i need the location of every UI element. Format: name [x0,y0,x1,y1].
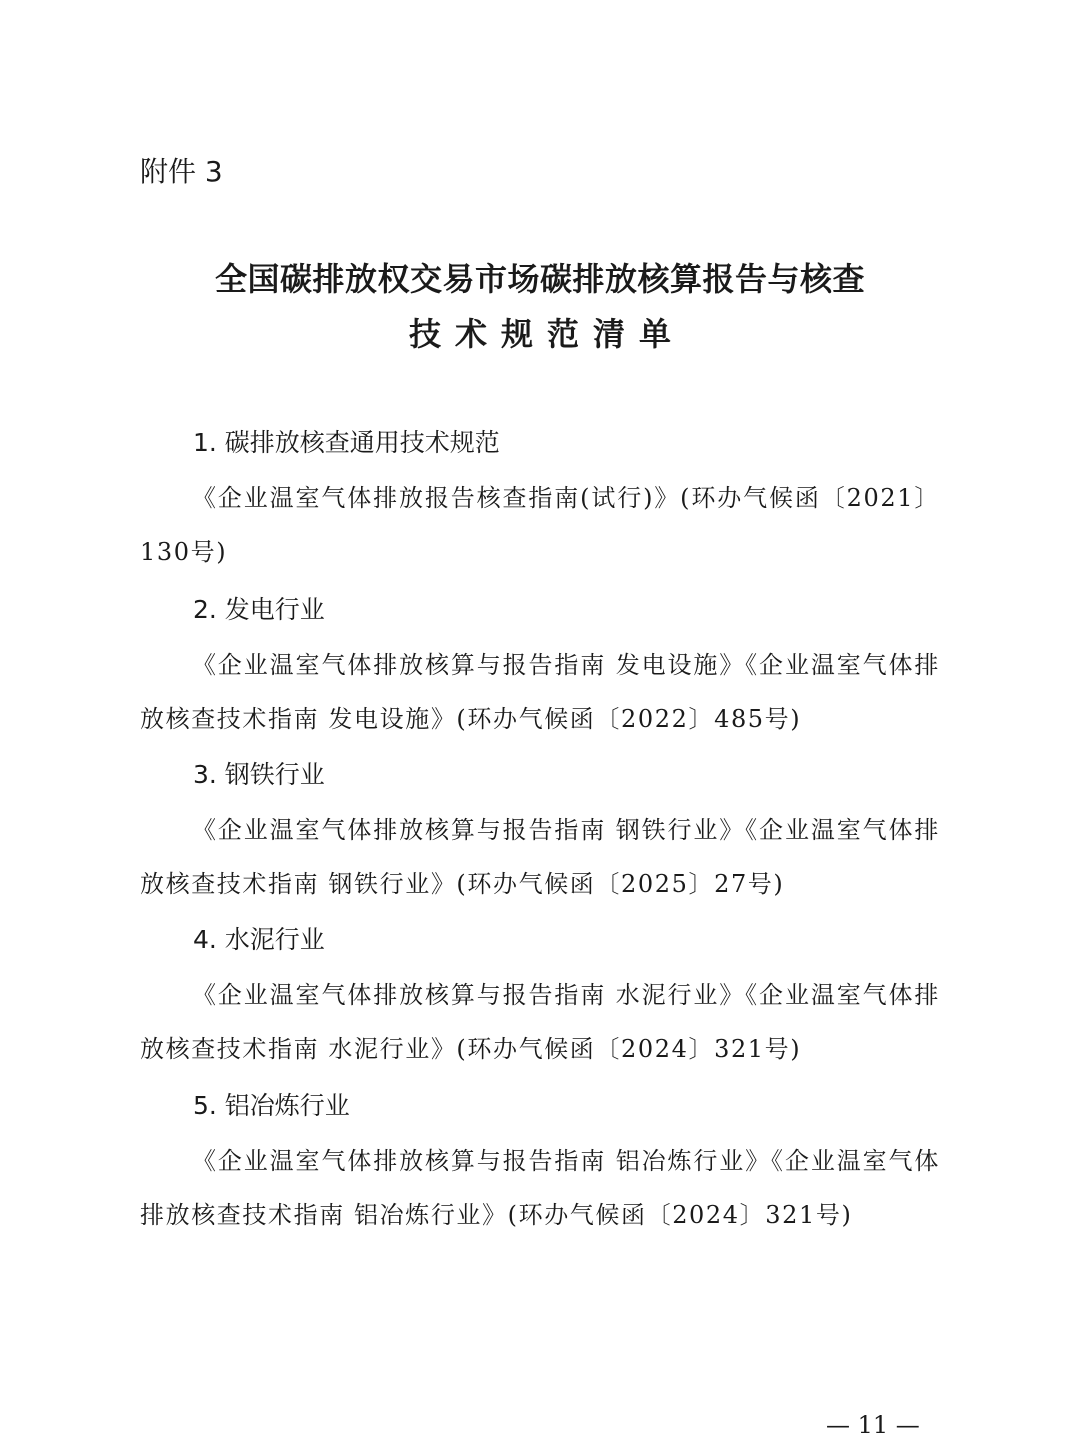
section-heading-aluminum: 5. 铝冶炼行业 [193,1088,350,1124]
section-text-aluminum: 《企业温室气体排放核算与报告指南 铝冶炼行业》《企业温室气体排放核查技术指南 铝… [140,1134,940,1242]
section-text-general: 《企业温室气体排放报告核查指南(试行)》(环办气候函〔2021〕130号) [140,471,940,579]
attachment-label: 附件 3 [140,152,223,192]
section-heading-cement: 4. 水泥行业 [193,922,325,958]
section-text-power: 《企业温室气体排放核算与报告指南 发电设施》《企业温室气体排放核查技术指南 发电… [140,638,940,746]
page-number: — 11 — [826,1410,920,1440]
section-heading-power: 2. 发电行业 [193,592,325,628]
section-heading-steel: 3. 钢铁行业 [193,757,325,793]
section-heading-general: 1. 碳排放核查通用技术规范 [193,425,500,461]
document-title-line-1: 全国碳排放权交易市场碳排放核算报告与核查 [0,257,1080,301]
section-text-cement: 《企业温室气体排放核算与报告指南 水泥行业》《企业温室气体排放核查技术指南 水泥… [140,968,940,1076]
document-title-line-2: 技术规范清单 [0,312,1080,356]
section-text-steel: 《企业温室气体排放核算与报告指南 钢铁行业》《企业温室气体排放核查技术指南 钢铁… [140,803,940,911]
